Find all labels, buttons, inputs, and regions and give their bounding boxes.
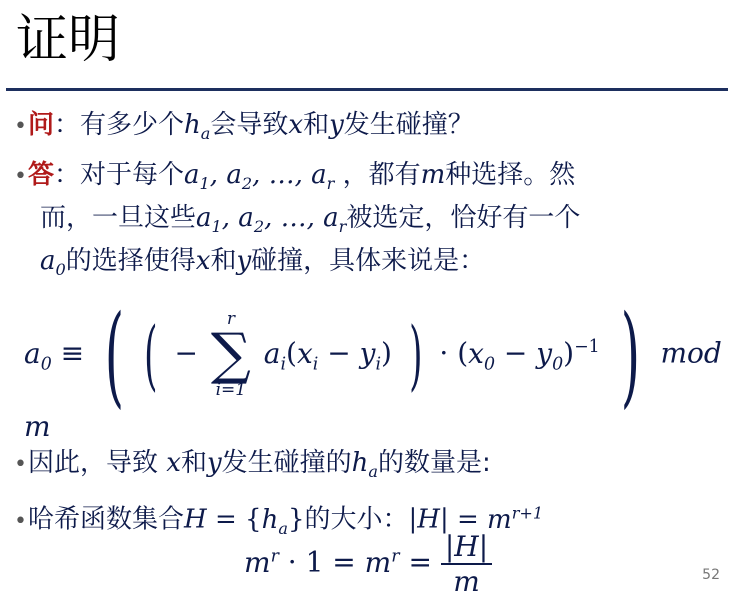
answer-line-3: a0的选择使得x和y碰撞，具体来说是： [14,244,580,287]
page-number: 52 [702,567,720,583]
answer-line-2: 而，一旦这些a1, a2, …, ar被选定，恰好有一个 [14,201,580,244]
bullet-count: •因此，导致 x和y发生碰撞的ha的数量是: [14,446,491,489]
bullet-dot-icon: • [14,160,28,194]
title-divider [6,88,728,91]
keyword-answer: 答 [28,160,54,190]
question-text: ：有多少个ha会导致x和y发生碰撞？ [54,110,474,140]
bullet-dot-icon: • [14,505,28,539]
main-equation: a0 ≡ (( − r∑i=1 ai(xi − yi) ) · (x0 − y0… [24,300,739,443]
bullet-answer: •答：对于每个a1, a2, …, ar ，都有m种选择。然 而，一旦这些a1,… [14,158,580,288]
fraction: |H|m [441,530,492,598]
count-text: 因此，导致 x和y发生碰撞的ha的数量是: [28,448,491,478]
bullet-dot-icon: • [14,448,28,482]
keyword-question: 问 [28,110,54,140]
slide-title: 证明 [16,14,120,66]
answer-line-1: ：对于每个a1, a2, …, ar ，都有m种选择。然 [54,160,575,190]
bullet-question: •问：有多少个ha会导致x和y发生碰撞？ [14,108,474,151]
summation: r∑i=1 [211,311,251,398]
bullet-dot-icon: • [14,110,28,144]
final-equation: mr · 1 = mr = |H|m [244,530,492,598]
